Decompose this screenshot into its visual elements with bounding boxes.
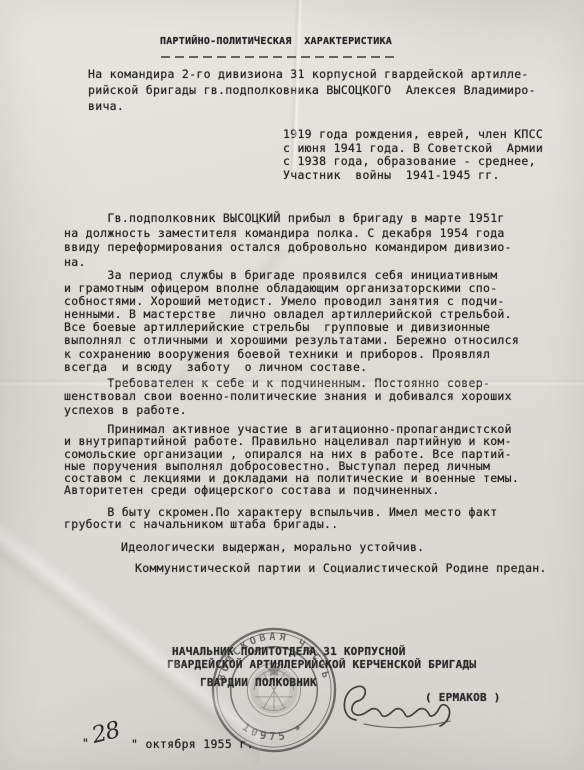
ideology-line: Идеологически выдержан, морально устойчи…: [121, 540, 424, 554]
signoff-name-typed: ( ЕРМАКОВ ): [425, 691, 501, 704]
bio-block: 1919 года рождения, еврей, член КПССс ию…: [283, 128, 543, 182]
text-line: Авторитетен среди офицерского состава и …: [64, 484, 519, 496]
date-day-handwritten: 28: [89, 717, 122, 749]
paragraph-party-work: Принимал активное участие в агитационно-…: [64, 423, 519, 497]
signoff-rank-line: ГВАРДИИ ПОЛКОВНИК: [200, 676, 317, 689]
addressee-paragraph: На командира 2-го дивизиона 31 корпусной…: [88, 66, 536, 115]
text-line: успехов в работе.: [64, 404, 512, 417]
date-quote-open: ": [82, 736, 89, 750]
loyalty-line: Коммунистической партии и Социалистическ…: [135, 561, 547, 575]
text-line: на должность заместителя командира полка…: [64, 226, 512, 241]
text-line: Участник войны 1941-1945 гг.: [283, 169, 543, 183]
text-line: рийской бригады гв.подполковника ВЫСОЦКО…: [88, 82, 536, 98]
text-line: всегда и всюду заботу о личном составе.: [64, 361, 519, 374]
text-line: шенствовал свои военно-политические знан…: [64, 390, 512, 403]
text-line: На командира 2-го дивизиона 31 корпусной…: [88, 66, 536, 82]
text-line: выполнял с отличными и хорошими результа…: [64, 334, 519, 347]
text-line: к сохранению вооружения боевой техники и…: [64, 348, 519, 361]
paragraph-demanding: Требователен к себе и к подчиненным. Пос…: [64, 377, 512, 417]
document-title: ПАРТИЙНО-ПОЛИТИЧЕСКАЯ ХАРАКТЕРИСТИКА: [160, 36, 392, 47]
text-line: Гв.подполковник ВЫСОЦКИЙ прибыл в бригад…: [64, 211, 512, 226]
text-line: грубости с начальником штаба бригады..: [64, 518, 497, 530]
text-line: вича.: [88, 98, 536, 114]
handwritten-signature: [334, 678, 474, 732]
date-line: " октября 1955 г.: [131, 737, 254, 751]
signoff-position-line1: НАЧАЛЬНИК ПОЛИТОТДЕЛА 31 КОРПУСНОЙ: [172, 645, 406, 658]
paragraph-character: В быту скромен.По характеру вспыльчив. И…: [64, 506, 497, 531]
text-line: ввиду переформирования остался доброволь…: [64, 240, 512, 255]
paragraph-arrival: Гв.подполковник ВЫСОЦКИЙ прибыл в бригад…: [64, 211, 512, 269]
title-underline: [161, 56, 397, 58]
document-page: ПАРТИЙНО-ПОЛИТИЧЕСКАЯ ХАРАКТЕРИСТИКА На …: [0, 0, 584, 770]
text-line: с июня 1941 года. В Советской Армии: [283, 142, 543, 156]
text-line: и внутрипартийной работе. Правильно наце…: [64, 435, 519, 447]
text-line: 1919 года рождения, еврей, член КПСС: [283, 128, 543, 142]
paragraph-performance: За период службы в бригаде проявился себ…: [64, 269, 519, 374]
text-line: с 1938 года, образование - среднее,: [283, 155, 543, 169]
signoff-position-line2: ГВАРДЕЙСКОЙ АРТИЛЛЕРИЙСКОЙ КЕРЧЕНСКОЙ БР…: [167, 658, 476, 671]
